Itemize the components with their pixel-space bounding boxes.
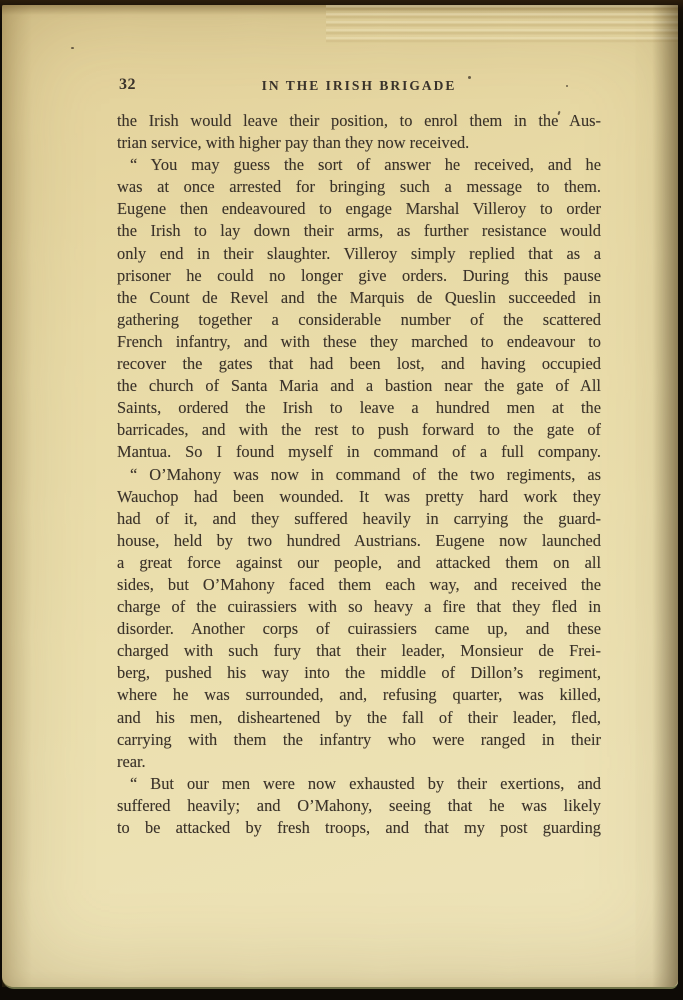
text-line: charge of the cuirassiers with so heavy … xyxy=(117,596,601,618)
text-line: berg, pushed his way into the middle of … xyxy=(117,662,601,684)
text-line: Mantua. So I found myself in command of … xyxy=(117,441,601,463)
page-top-shadow xyxy=(2,5,678,15)
text-line: sides, but O’Mahony faced them each way,… xyxy=(117,574,601,596)
text-line: gathering together a considerable number… xyxy=(117,309,601,331)
text-line: the church of Santa Maria and a bastion … xyxy=(117,375,601,397)
text-block: the Irish would leave their position, to… xyxy=(117,110,601,839)
page-header: 32 IN THE IRISH BRIGADE xyxy=(117,76,601,98)
text-line: where he was surrounded, and, refusing q… xyxy=(117,684,601,706)
text-line: house, held by two hundred Austrians. Eu… xyxy=(117,530,601,552)
running-title: IN THE IRISH BRIGADE xyxy=(117,76,601,94)
text-line: the Count de Revel and the Marquis de Qu… xyxy=(117,287,601,309)
text-line: “ You may guess the sort of answer he re… xyxy=(117,154,601,176)
text-line: Eugene then endeavoured to engage Marsha… xyxy=(117,198,601,220)
text-line: a great force against our people, and at… xyxy=(117,552,601,574)
text-line: and his men, disheartened by the fall of… xyxy=(117,707,601,729)
text-line: suffered heavily; and O’Mahony, seeing t… xyxy=(117,795,601,817)
text-line: barricades, and with the rest to push fo… xyxy=(117,419,601,441)
text-line: prisoner he could no longer give orders.… xyxy=(117,265,601,287)
text-line: charged with such fury that their leader… xyxy=(117,640,601,662)
text-line: disorder. Another corps of cuirassiers c… xyxy=(117,618,601,640)
page-edge-streaks xyxy=(326,5,678,43)
text-line: Wauchop had been wounded. It was pretty … xyxy=(117,486,601,508)
text-line: Saints, ordered the Irish to leave a hun… xyxy=(117,397,601,419)
text-line: recover the gates that had been lost, an… xyxy=(117,353,601,375)
text-line: carrying with them the infantry who were… xyxy=(117,729,601,751)
text-line: French infantry, and with these they mar… xyxy=(117,331,601,353)
text-line: the Irish would leave their position, to… xyxy=(117,110,601,132)
text-line: the Irish to lay down their arms, as fur… xyxy=(117,220,601,242)
text-line: rear. xyxy=(117,751,601,773)
page-right-edge-shadow xyxy=(652,5,678,987)
text-line: had of it, and they suffered heavily in … xyxy=(117,508,601,530)
text-line: to be attacked by fresh troops, and that… xyxy=(117,817,601,839)
page-number: 32 xyxy=(119,76,136,94)
text-line: trian service, with higher pay than they… xyxy=(117,132,601,154)
page-gutter-shadow xyxy=(2,5,32,987)
text-line: “ O’Mahony was now in command of the two… xyxy=(117,464,601,486)
text-line: only end in their slaughter. Villeroy si… xyxy=(117,243,601,265)
scan-speck xyxy=(71,47,74,49)
book-page: 32 IN THE IRISH BRIGADE the Irish would … xyxy=(2,5,678,989)
book-scan-background: 32 IN THE IRISH BRIGADE the Irish would … xyxy=(0,0,683,1000)
text-line: “ But our men were now exhausted by thei… xyxy=(117,773,601,795)
text-line: was at once arrested for bringing such a… xyxy=(117,176,601,198)
